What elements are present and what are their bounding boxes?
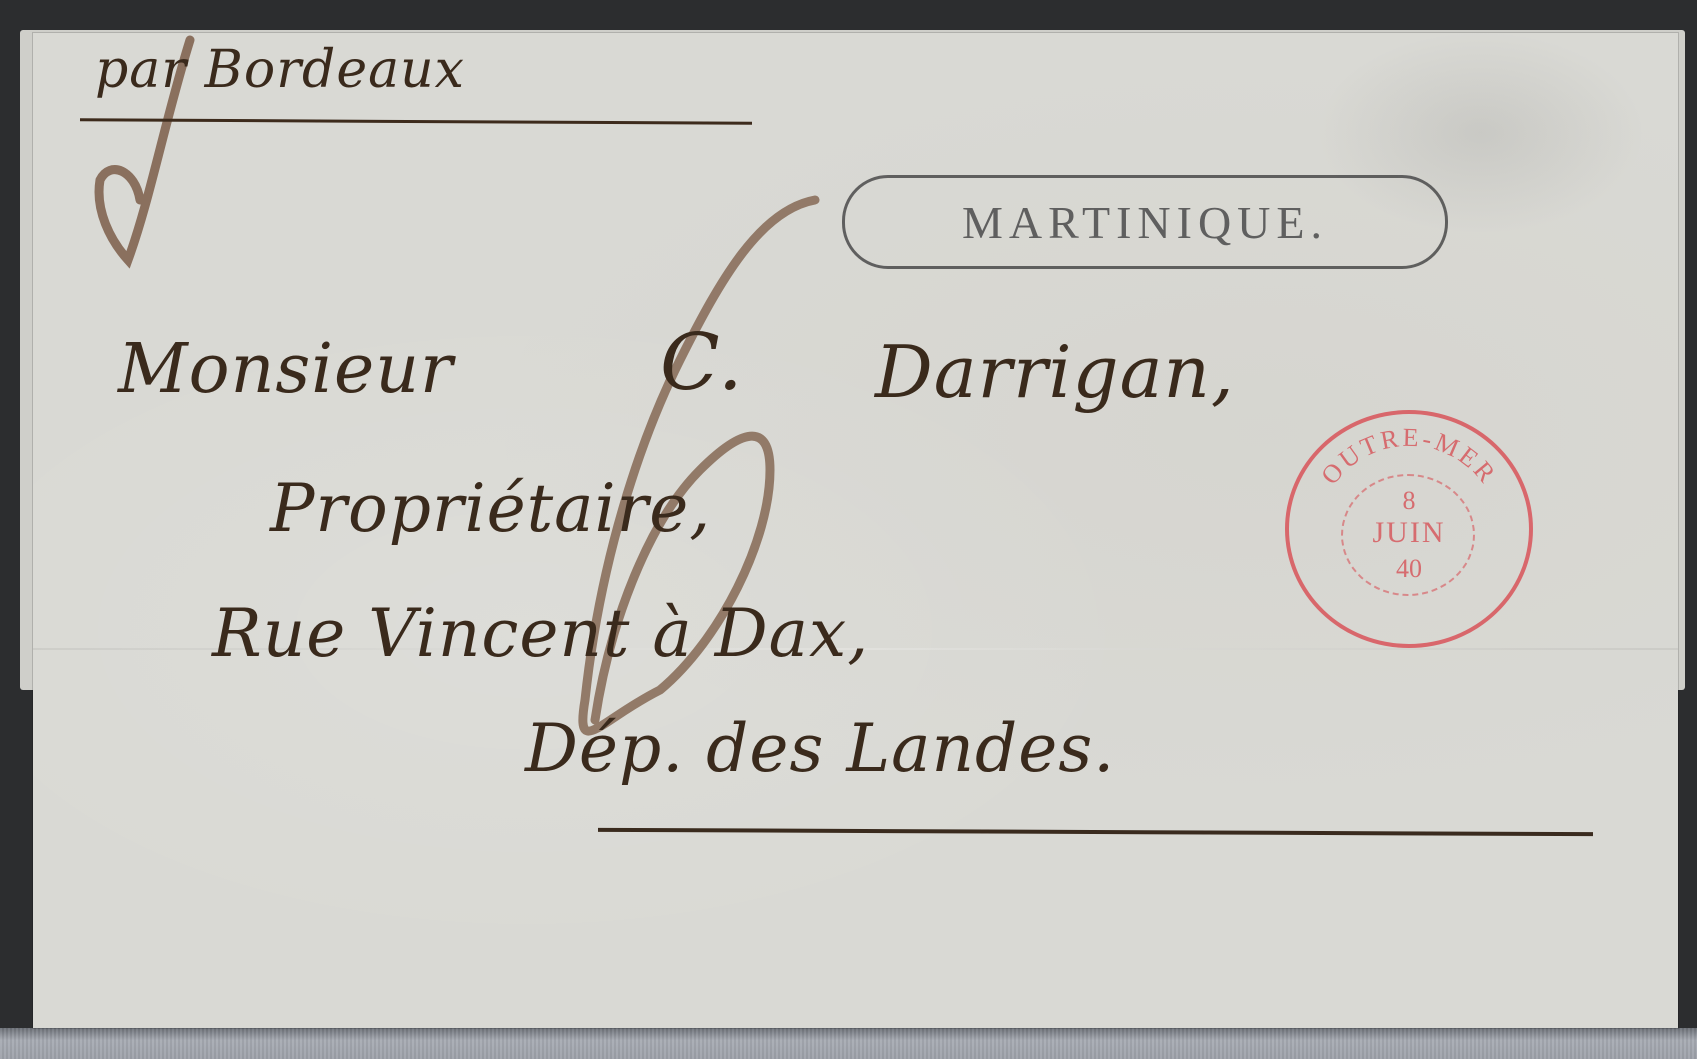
postmark-day: 8 [1289, 486, 1529, 516]
outre-mer-postmark: OUTRE-MER 8 JUIN 40 [1285, 410, 1533, 648]
martinique-origin-stamp: MARTINIQUE. [842, 175, 1448, 269]
address-initial: C. [660, 318, 744, 408]
address-department: Dép. des Landes. [525, 710, 1115, 787]
address-occupation: Propriétaire, [270, 470, 711, 547]
postmark-year: 40 [1289, 554, 1529, 584]
address-salutation: Monsieur [118, 330, 454, 409]
scanner-background-strip [0, 1028, 1697, 1059]
routing-note: par Bordeaux [95, 40, 465, 100]
postmark-month: JUIN [1289, 516, 1529, 550]
address-street: Rue Vincent à Dax, [212, 595, 869, 672]
address-surname: Darrigan, [875, 330, 1235, 414]
